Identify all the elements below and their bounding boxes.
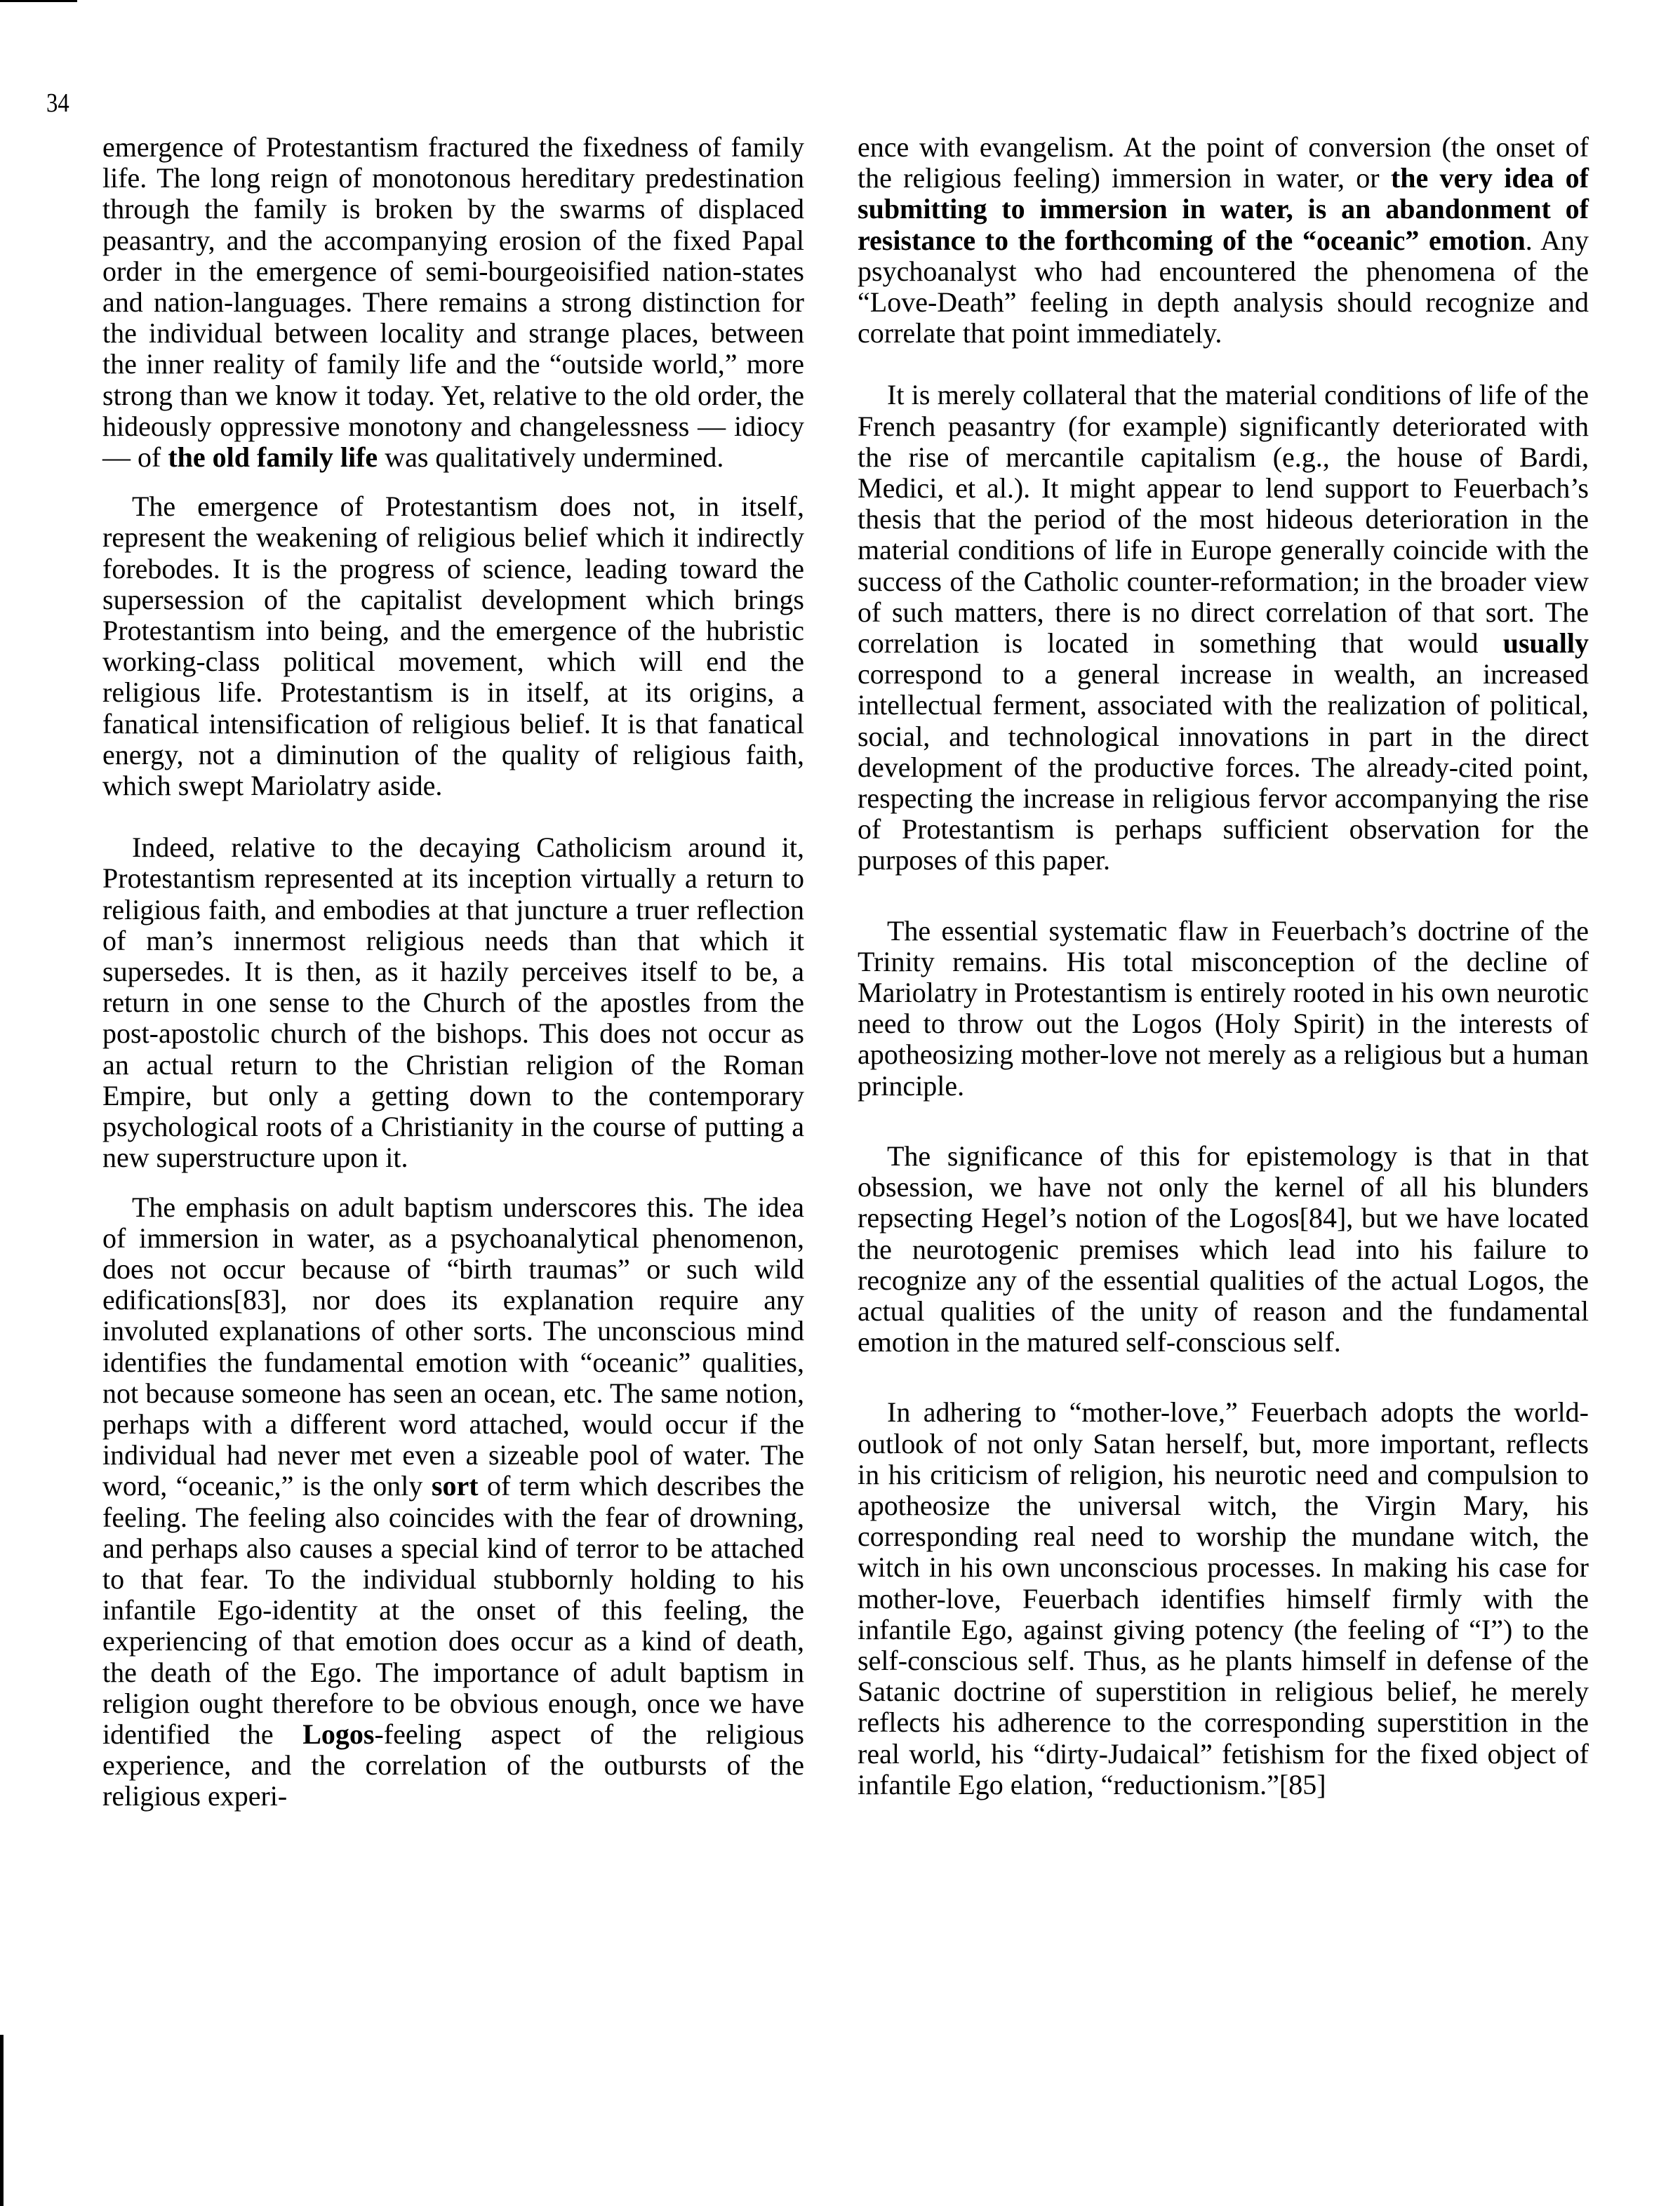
text-run: It is merely collateral that the materia… (858, 379, 1589, 659)
text-run: The significance of this for epistemolog… (858, 1140, 1589, 1358)
paragraph: Indeed, relative to the decaying Catholi… (102, 832, 804, 1173)
text-run: emergence of Protestantism fractured the… (102, 131, 804, 473)
paragraph: The essential systematic flaw in Feuerba… (858, 916, 1589, 1102)
bold-text-run: usually (1503, 627, 1589, 659)
paragraph: The significance of this for epistemolog… (858, 1141, 1589, 1358)
paragraph: It is merely collateral that the materia… (858, 380, 1589, 876)
text-run: Indeed, relative to the decaying Catholi… (102, 831, 804, 1173)
bold-text-run: the old family life (168, 441, 378, 473)
scan-artifact-top-line (0, 0, 77, 2)
document-page: 34 emergence of Protestantism fractured … (0, 0, 1680, 2206)
text-run: of term which describes the feeling. The… (102, 1470, 804, 1750)
paragraph: emergence of Protestantism fractured the… (102, 132, 804, 473)
text-run: was qualitatively undermined. (378, 441, 724, 473)
left-column: emergence of Protestantism fractured the… (102, 132, 804, 1812)
paragraph: In adhering to “mother-love,” Feuerbach … (858, 1397, 1589, 1800)
page-number: 34 (46, 88, 69, 119)
right-column: ence with evangelism. At the point of co… (858, 132, 1589, 1800)
scan-artifact-left-edge (0, 2035, 4, 2206)
paragraph: The emphasis on adult baptism underscore… (102, 1192, 804, 1812)
text-run: The essential systematic flaw in Feuerba… (858, 915, 1589, 1102)
paragraph: ence with evangelism. At the point of co… (858, 132, 1589, 349)
text-run: The emergence of Protestantism does not,… (102, 490, 804, 801)
text-run: correspond to a general increase in weal… (858, 658, 1589, 876)
text-run: In adhering to “mother-love,” Feuerbach … (858, 1396, 1589, 1800)
text-run: The emphasis on adult baptism underscore… (102, 1191, 804, 1502)
bold-text-run: sort (432, 1470, 479, 1502)
bold-text-run: Logos (302, 1718, 374, 1750)
paragraph: The emergence of Protestantism does not,… (102, 491, 804, 801)
